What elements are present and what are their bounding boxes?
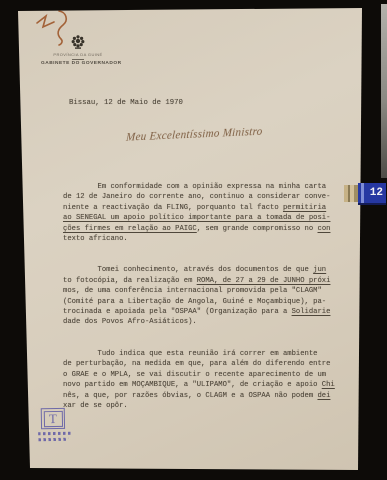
index-tab-holder	[344, 185, 358, 202]
body-line: xar de se opôr.	[63, 401, 355, 411]
body-line: de 12 de Janeiro do corrente ano, contin…	[63, 192, 355, 202]
letter-paper: PROVÍNCIA DA GUINÉ GABINETE DO GOVERNADO…	[16, 8, 362, 470]
body-line: niente a reactivação da FLING, porquanto…	[63, 203, 355, 213]
body-line: mos, de uma conferência internacional pr…	[63, 286, 355, 296]
body-line: Tomei conhecimento, através dos document…	[63, 265, 355, 275]
stamp-letter: T	[49, 412, 57, 425]
body-line: Tudo indica que esta reunião irá correr …	[63, 349, 355, 359]
registry-stamp: T	[38, 408, 73, 441]
body-line: novo partido em MOÇAMBIQUE, a "ULIPAMO",…	[63, 380, 355, 390]
body-line: o GRAE e o MPLA, se vai discutir o recen…	[63, 370, 355, 380]
stamp-text-line	[38, 432, 72, 436]
body-line: ao SENEGAL um apoio político importante …	[63, 213, 355, 223]
body-line: dade dos Povos Afro-Asiáticos).	[63, 317, 355, 327]
scanner-edge-strip	[381, 4, 387, 178]
body-line: de perturbação, na medida em que, para a…	[63, 359, 355, 369]
paragraph: Em conformidade com a opinião expressa n…	[63, 182, 355, 244]
letterhead-divider	[72, 59, 84, 60]
stamp-text-line	[38, 437, 68, 441]
body-line: texto africano.	[63, 234, 355, 244]
body-line: to fotocópia, da realização em ROMA, de …	[63, 276, 355, 286]
stamp-box: T	[41, 408, 65, 429]
letterhead-office: GABINETE DO GOVERNADOR	[41, 61, 115, 66]
body-line: Em conformidade com a opinião expressa n…	[63, 182, 355, 192]
scanned-letter-page: PROVÍNCIA DA GUINÉ GABINETE DO GOVERNADO…	[0, 0, 387, 480]
body-line: ções firmes em relação ao PAIGC, sem gra…	[63, 224, 355, 234]
letter-body: Em conformidade com a opinião expressa n…	[63, 182, 355, 432]
letterhead: PROVÍNCIA DA GUINÉ GABINETE DO GOVERNADO…	[41, 34, 115, 66]
crest-icon	[70, 34, 86, 50]
body-line: nês, a que, por razões óbvias, o CLAGM e…	[63, 391, 355, 401]
dateline: Bissau, 12 de Maio de 1970	[69, 99, 183, 107]
paragraph: Tomei conhecimento, através dos document…	[63, 265, 355, 327]
index-tab-12: 12	[358, 183, 386, 205]
paragraph: Tudo indica que esta reunião irá correr …	[63, 349, 355, 411]
letterhead-province: PROVÍNCIA DA GUINÉ	[41, 52, 115, 57]
body-line: trocinada e apoiada pela "OSPAA" (Organi…	[63, 307, 355, 317]
body-line: (Comité para a Libertação de Angola, Gui…	[63, 297, 355, 307]
handwritten-salutation: Meu Excelentíssimo Ministro	[126, 124, 297, 143]
index-tab-number: 12	[364, 187, 386, 199]
